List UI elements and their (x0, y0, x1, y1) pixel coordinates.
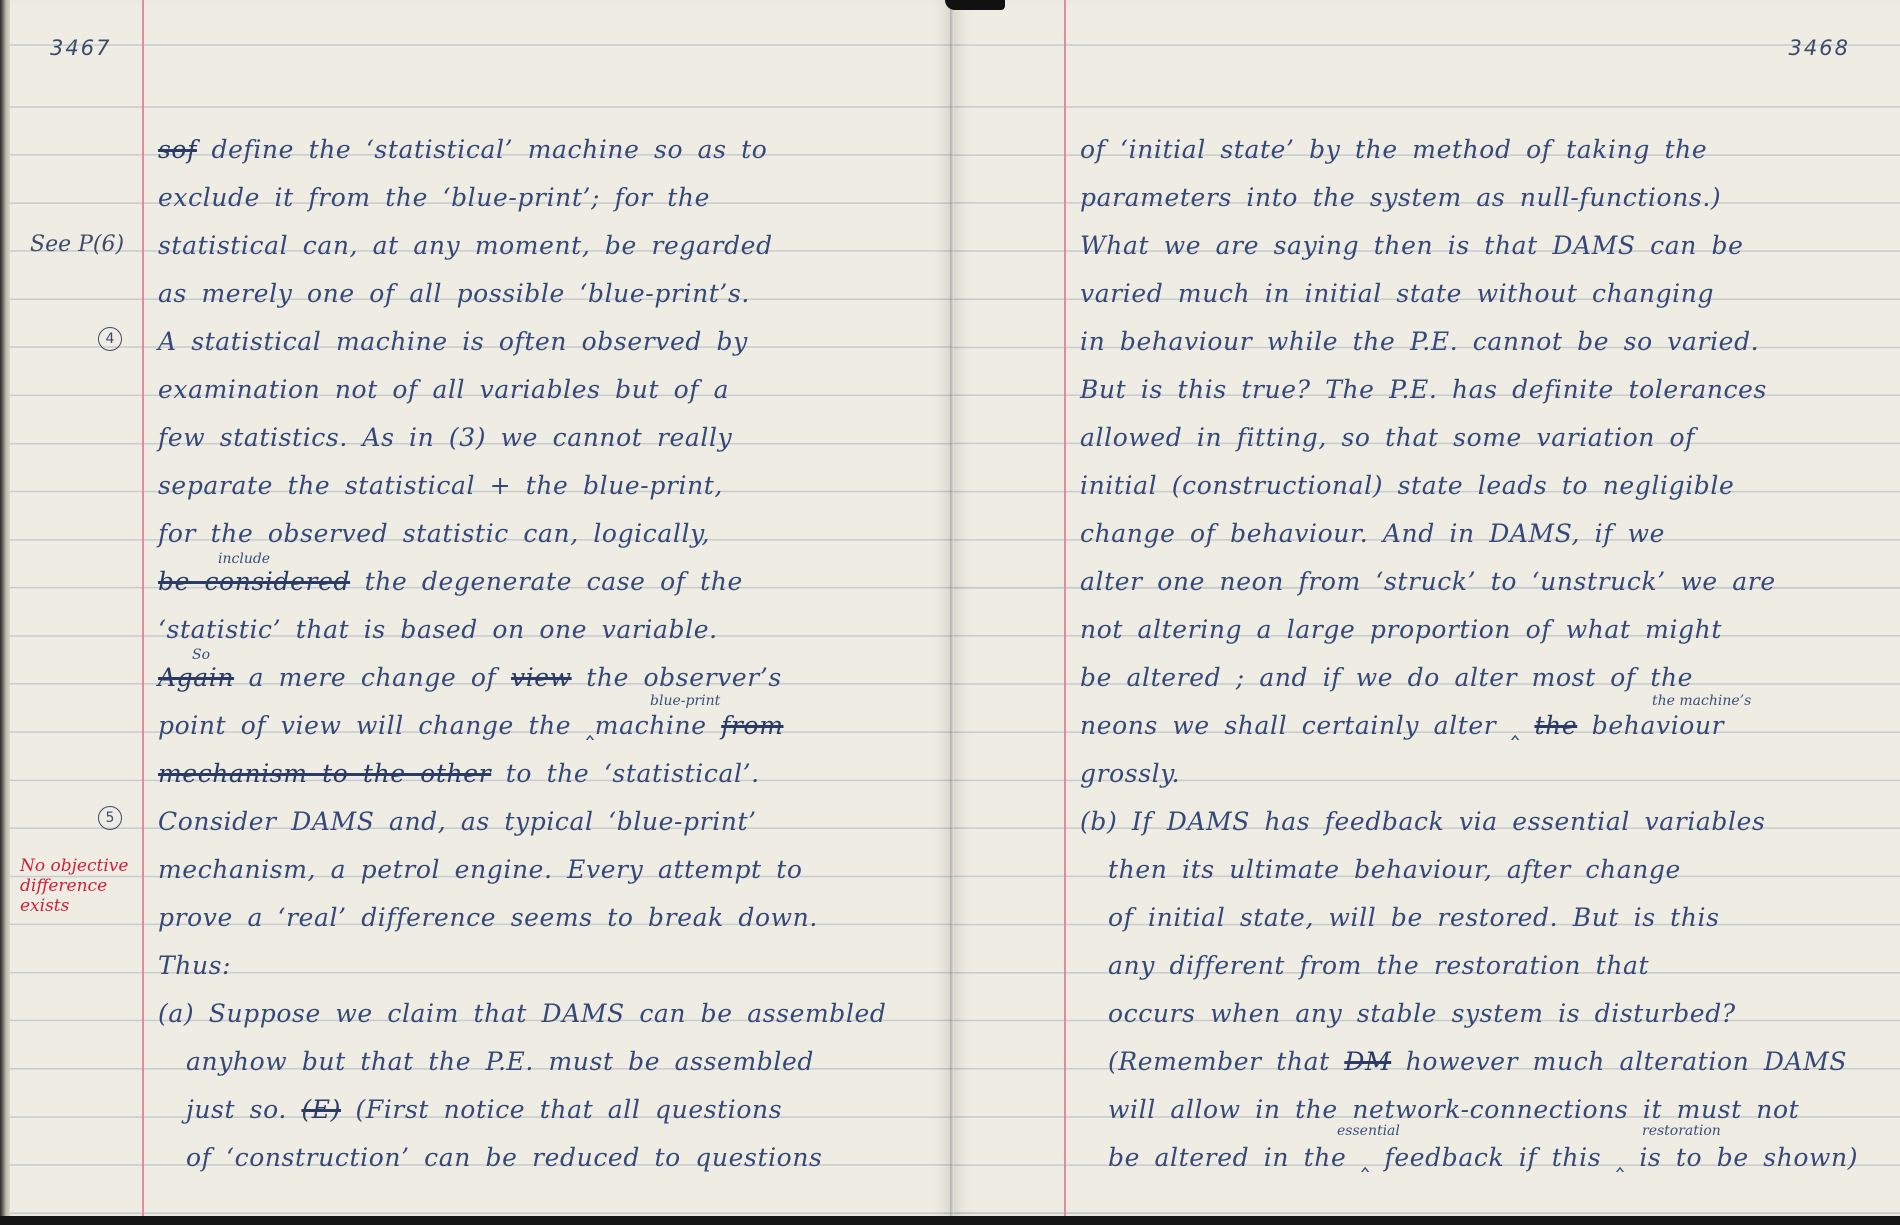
struck-word: Again (158, 663, 234, 692)
text-line: of initial state, will be restored. But … (1080, 894, 1720, 942)
text-line: Thus: (158, 942, 231, 990)
margin-line (142, 0, 144, 1216)
struck-words: be considered (158, 567, 350, 596)
text-line: varied much in initial state without cha… (1080, 270, 1714, 318)
text-line: ‘statistic’ that is based on one variabl… (158, 606, 718, 654)
struck-word: (E) (301, 1095, 341, 1124)
text-line: alter one neon from ‘struck’ to ‘unstruc… (1080, 558, 1776, 606)
circled-number-5: 5 (98, 806, 122, 830)
text-line: be altered in the ‸ feedback if this ‸ i… (1080, 1134, 1858, 1182)
text-line: just so. (E) (First notice that all ques… (158, 1086, 782, 1134)
text-line: exclude it from the ‘blue-print’; for th… (158, 174, 710, 222)
text-line: of ‘construction’ can be reduced to ques… (158, 1134, 822, 1182)
page-fold (950, 0, 954, 1216)
page-number: 3467 (50, 36, 111, 60)
text-line: parameters into the system as null-funct… (1080, 174, 1721, 222)
background-edge (0, 1216, 1900, 1225)
text-line: few statistics. As in (3) we cannot real… (158, 414, 732, 462)
struck-word: DM (1344, 1047, 1391, 1076)
text-line: then its ultimate behaviour, after chang… (1080, 846, 1681, 894)
text-line: anyhow but that the P.E. must be assembl… (158, 1038, 814, 1086)
text-line: point of view will change the ‸machine f… (158, 702, 784, 750)
text-line: statistical can, at any moment, be regar… (158, 222, 773, 270)
text-line: occurs when any stable system is disturb… (1080, 990, 1736, 1038)
struck-words: mechanism to the other (158, 759, 491, 788)
text-line: sof define the ‘statistical’ machine so … (158, 126, 767, 174)
circled-number-4: 4 (98, 327, 122, 351)
text-line: What we are saying then is that DAMS can… (1080, 222, 1743, 270)
text-line: neons we shall certainly alter ‸ the beh… (1080, 702, 1724, 750)
text-line: Consider DAMS and, as typical ‘blue-prin… (158, 798, 757, 846)
text-line: (b) If DAMS has feedback via essential v… (1080, 798, 1765, 846)
right-page: 3468 of ‘initial state’ by the method of… (952, 0, 1900, 1216)
margin-red-note: No objective difference exists (20, 856, 150, 916)
gutter-shadow (945, 0, 1005, 10)
struck-word: from (721, 711, 783, 740)
text-line: as merely one of all possible ‘blue-prin… (158, 270, 750, 318)
text-line: any different from the restoration that (1080, 942, 1649, 990)
struck-word: the (1534, 711, 1577, 740)
text-line: examination not of all variables but of … (158, 366, 729, 414)
text-line: not altering a large proportion of what … (1080, 606, 1722, 654)
text-line: prove a ‘real’ difference seems to break… (158, 894, 818, 942)
struck-word: sof (158, 135, 197, 164)
text-line: in behaviour while the P.E. cannot be so… (1080, 318, 1759, 366)
text-line: mechanism to the other to the ‘statistic… (158, 750, 760, 798)
left-page: 3467 See P(6) 4 5 No objective differenc… (0, 0, 952, 1216)
text-line: grossly. (1080, 750, 1180, 798)
text-line: mechanism, a petrol engine. Every attemp… (158, 846, 803, 894)
binding-edge (0, 0, 10, 1216)
struck-word: view (511, 663, 572, 692)
margin-line (1064, 0, 1066, 1216)
text-line: change of behaviour. And in DAMS, if we (1080, 510, 1665, 558)
text-line: be considered the degenerate case of the (158, 558, 743, 606)
page-number: 3468 (1789, 36, 1850, 60)
text-line: initial (constructional) state leads to … (1080, 462, 1734, 510)
text-line: separate the statistical + the blue-prin… (158, 462, 723, 510)
text-line: allowed in fitting, so that some variati… (1080, 414, 1695, 462)
text-line: of ‘initial state’ by the method of taki… (1080, 126, 1707, 174)
text-line: But is this true? The P.E. has definite … (1080, 366, 1767, 414)
text-line: be altered ; and if we do alter most of … (1080, 654, 1693, 702)
margin-see-reference: See P(6) (30, 232, 124, 257)
text-line: A statistical machine is often observed … (158, 318, 748, 366)
notebook-spread: 3467 See P(6) 4 5 No objective differenc… (0, 0, 1900, 1216)
text-line: (a) Suppose we claim that DAMS can be as… (158, 990, 886, 1038)
text-line: (Remember that DM however much alteratio… (1080, 1038, 1847, 1086)
